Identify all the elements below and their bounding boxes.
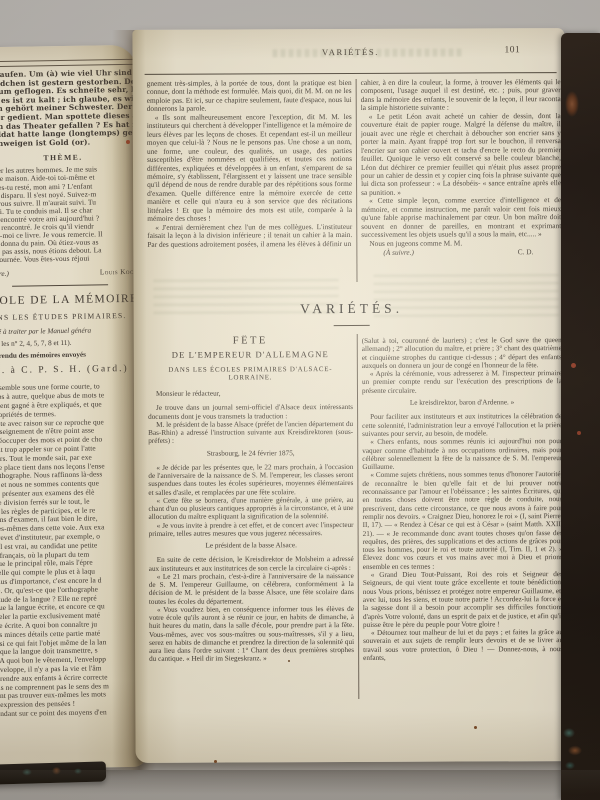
- bottom-left-column: FÊTE DE L'EMPEREUR D'ALLEMAGNE DANS LES …: [148, 335, 355, 700]
- foxing-dot-left-page: [126, 140, 130, 144]
- right-page: VARIÉTÉS. 101 gnement très-simples, à la…: [132, 28, 567, 763]
- marbled-edge-specks: [563, 723, 583, 773]
- paragraph: Monsieur le rédacteur,: [148, 389, 353, 398]
- paragraph: « Je vous invite à prendre à cet effet, …: [149, 520, 354, 537]
- top-right-column: cahier, à en dire la couleur, la forme, …: [361, 78, 562, 311]
- paragraph: « J'entrai dernièrement chez l'un de mes…: [147, 223, 352, 249]
- running-head-rule: [145, 72, 557, 75]
- left-page-body-block: ensemble sous une forme courte, tomps à …: [0, 382, 148, 719]
- fete-title: FÊTE: [148, 337, 353, 346]
- rust-spot-large: [565, 91, 579, 117]
- theme-exercise-block: aider les autres hommes. Je me suisbelle…: [0, 165, 148, 265]
- paragraph: « Détournez tout malheur de lui et du pa…: [363, 628, 563, 662]
- paragraph: « Ils sont malheureusement encore l'exce…: [147, 113, 352, 224]
- left-page-head-rule: [0, 59, 139, 67]
- book-cover-right-edge: [561, 33, 600, 800]
- paragraph: Le kreisdirektor, baron d'Ardenne. »: [362, 398, 562, 407]
- varietes-heading-rule: [334, 325, 370, 326]
- paragraph: gnement très-simples, à la portée de tou…: [147, 79, 352, 114]
- bottom-right-column: (Salut à toi, couronné de lauriers) ; c'…: [362, 336, 564, 699]
- rust-spot-small-1: [571, 363, 576, 368]
- paragraph: Strasbourg, le 24 février 1875,: [148, 448, 353, 457]
- paragraph: « Comme sujets chrétiens, nous sommes te…: [362, 471, 562, 571]
- theme-heading: THÈME.: [0, 152, 138, 163]
- page-number: 101: [504, 45, 544, 55]
- varietes-section-heading: VARIÉTÉS.: [146, 300, 558, 318]
- paragraph: cahier, à en dire la couleur, la forme, …: [361, 78, 561, 113]
- paragraph: (Salut à toi, couronné de lauriers) ; c'…: [362, 336, 562, 370]
- running-head: VARIÉTÉS.: [144, 46, 556, 58]
- rust-spot-small-2: [577, 431, 581, 435]
- left-page: gelaufen. Um (à) wie viel Uhr sind Sie g…: [0, 45, 148, 769]
- column-divider-top: [356, 79, 358, 282]
- foxing-dot-margin-2: [214, 760, 217, 763]
- correspondent-initials: M. à C. P. S. H. (Gard.): [0, 364, 148, 377]
- role-meta-line3: te rendu des mémoires envoyés: [0, 350, 148, 361]
- paragraph: « Le petit Léon avait acheté un cahier d…: [361, 112, 561, 197]
- top-left-column: gnement très-simples, à la portée de tou…: [147, 79, 353, 284]
- role-memoire-heading: ROLE DE LA MÉMOIRE: [0, 293, 148, 308]
- section-divider-rule: [12, 285, 108, 288]
- role-meta-line2: (V. les n° 2, 4, 5, 7, 8 et 11).: [0, 338, 148, 349]
- paragraph: Je trouve dans un journal semi-officiel …: [148, 403, 353, 420]
- foxing-dot-text: [288, 660, 290, 662]
- role-meta-line1: nné à traiter par le Manuel généra: [0, 326, 148, 337]
- text-line: la journée. Vous êtes-vous réjoui: [0, 254, 148, 265]
- text-line: endant sur ce point des moyens d'en: [0, 707, 148, 718]
- paragraph: En suite de cette décision, le Kreisdire…: [149, 555, 354, 572]
- article-signature-row: (À suivre.) C. D.: [361, 247, 561, 257]
- paragraph: Le président de la basse Alsace.: [149, 541, 354, 550]
- paragraph: « Cette simple leçon, comme exercice d'i…: [361, 196, 561, 239]
- paragraph: « Je décide par les présentes que, le 22…: [148, 463, 353, 497]
- paragraph: « Chers enfants, nous sommes réunis ici …: [362, 437, 562, 471]
- paragraph: « Le 21 mars prochain, c'est-à-dire à l'…: [149, 572, 354, 606]
- a-suivre-note: uivre.): [0, 269, 9, 278]
- foxing-dot-margin-1: [474, 726, 477, 729]
- book-drop-shadow: [0, 770, 600, 800]
- bottom-left-paragraphs: Monsieur le rédacteur,Je trouve dans un …: [148, 389, 354, 663]
- a-suivre-note-right: (À suivre.): [383, 249, 414, 258]
- german-exercise-block: gelaufen. Um (à) wie viel Uhr sind Sie g…: [0, 68, 148, 148]
- fete-subtitle-schools: DANS LES ÉCOLES PRIMAIRES D'ALSACE-LORRA…: [148, 365, 353, 382]
- paragraph: « Grand Dieu Tout-Puissant, Roi des rois…: [363, 570, 563, 629]
- paragraph: Pour faciliter aux instituteurs et aux i…: [362, 412, 562, 438]
- paragraph: « Après la cérémonie, vous adresserez à …: [362, 369, 562, 395]
- column-divider-bottom: [357, 334, 360, 699]
- role-memoire-subheading: ANS LES ÉTUDES PRIMAIRES.: [0, 311, 148, 323]
- fete-subtitle: DE L'EMPEREUR D'ALLEMAGNE: [148, 350, 353, 359]
- article-initials: C. D.: [518, 248, 534, 257]
- left-signature-row: uivre.) Louis Koch.: [0, 267, 140, 278]
- paragraph: « Vous voudrez bien, en conséquence info…: [149, 605, 354, 664]
- paragraph: M. le président de la basse Alsace (préf…: [148, 420, 353, 446]
- book-photograph: gelaufen. Um (à) wie viel Uhr sind Sie g…: [0, 0, 600, 800]
- top-right-paragraphs: cahier, à en dire la couleur, la forme, …: [361, 78, 562, 248]
- paragraph: « Cette fête se bornera, d'une manière g…: [148, 496, 353, 522]
